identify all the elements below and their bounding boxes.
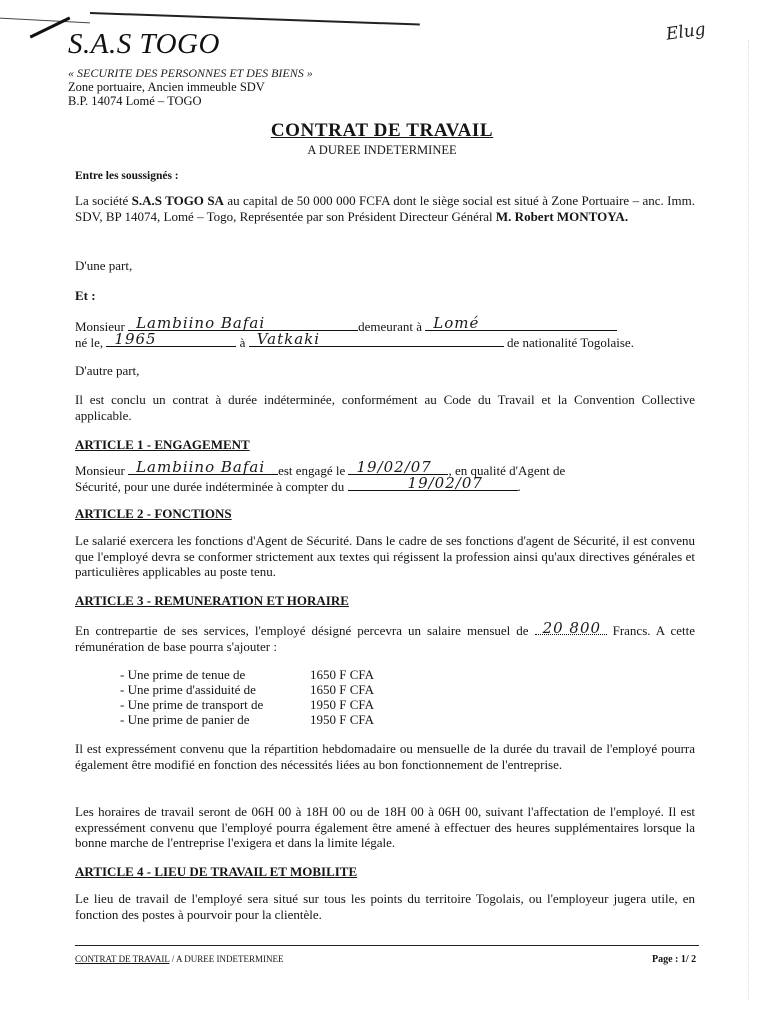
residence-handwritten: Lomé: [433, 314, 479, 332]
article4-body: Le lieu de travail de l'employé sera sit…: [75, 891, 695, 922]
party1-paragraph: La société S.A.S TOGO SA au capital de 5…: [75, 193, 695, 224]
start-date-field: 19/02/07: [348, 476, 518, 491]
party1-text-before: La société: [75, 193, 132, 208]
top-rule: [90, 12, 420, 26]
document-title: CONTRAT DE TRAVAIL: [271, 120, 493, 142]
start-date-handwritten: 19/02/07: [408, 474, 483, 492]
ne-le-label: né le,: [75, 335, 103, 350]
employee-name-field: Lambiino Bafai: [128, 316, 358, 331]
dune-part: D'une part,: [75, 258, 695, 274]
article3-paragraph2: Les horaires de travail seront de 06H 00…: [75, 804, 695, 851]
residence-field: Lomé: [425, 316, 617, 331]
article1-line2-text: Sécurité, pour une durée indéterminée à …: [75, 479, 344, 494]
prime-label-assiduite: - Une prime d'assiduité de: [120, 682, 256, 698]
conclusion-paragraph: Il est conclu un contrat à durée indéter…: [75, 392, 695, 423]
article2-heading: ARTICLE 2 - FONCTIONS: [75, 506, 232, 522]
article3-paragraph1: Il est expressément convenu que la répar…: [75, 741, 695, 772]
salary-handwritten: 20 800: [543, 621, 602, 637]
footer-doc-title: CONTRAT DE TRAVAIL / A DUREE INDETERMINE…: [75, 954, 284, 964]
party1-company: S.A.S TOGO SA: [132, 193, 224, 208]
scan-edge: [748, 40, 749, 1000]
birthplace-handwritten: Vatkaki: [257, 330, 320, 348]
salary-text-before: En contrepartie de ses services, l'emplo…: [75, 623, 529, 638]
prime-label-transport: - Une prime de transport de: [120, 697, 263, 713]
birthplace-field: Vatkaki: [249, 332, 504, 347]
document-title-wrap: CONTRAT DE TRAVAIL: [0, 120, 764, 142]
article1-heading: ARTICLE 1 - ENGAGEMENT: [75, 437, 250, 453]
article2-body: Le salarié exercera les fonctions d'Agen…: [75, 533, 695, 580]
prime-amount-assiduite: 1650 F CFA: [310, 682, 374, 698]
prime-label-panier: - Une prime de panier de: [120, 712, 250, 728]
document-subtitle: A DUREE INDETERMINEE: [0, 143, 764, 158]
birth-year-handwritten: 1965: [114, 330, 156, 348]
footer-doc-title-underlined: CONTRAT DE TRAVAIL: [75, 954, 170, 964]
article1-name-field: Lambiino Bafai: [128, 460, 278, 475]
company-address-line1: Zone portuaire, Ancien immeuble SDV: [68, 80, 265, 95]
et-label: Et :: [75, 288, 695, 304]
party1-representative: M. Robert MONTOYA.: [496, 209, 628, 224]
company-logo-title: S.A.S TOGO: [68, 28, 220, 61]
birth-date-field: 1965: [106, 332, 236, 347]
a-label: à: [240, 335, 246, 350]
intro-label: Entre les soussignés :: [75, 169, 695, 185]
footer-doc-title-rest: / A DUREE INDETERMINEE: [170, 954, 284, 964]
prime-label-tenue: - Une prime de tenue de: [120, 667, 245, 683]
salary-paragraph: En contrepartie de ses services, l'emplo…: [75, 620, 695, 654]
scan-rule-mark: [0, 18, 90, 24]
prime-amount-tenue: 1650 F CFA: [310, 667, 374, 683]
footer-rule: [75, 945, 699, 946]
page-number: Page : 1/ 2: [652, 954, 696, 965]
article1-name-handwritten: Lambiino Bafai: [136, 458, 265, 476]
article1-end-punct: .: [518, 479, 521, 494]
article4-heading: ARTICLE 4 - LIEU DE TRAVAIL ET MOBILITE: [75, 864, 357, 880]
hire-date-field: 19/02/07: [348, 460, 448, 475]
nationality-text: de nationalité Togolaise.: [507, 335, 634, 350]
prime-amount-panier: 1950 F CFA: [310, 712, 374, 728]
article1-line2: Sécurité, pour une durée indéterminée à …: [75, 476, 695, 495]
company-tagline: « SECURITE DES PERSONNES ET DES BIENS »: [68, 66, 313, 81]
dautre-part: D'autre part,: [75, 363, 695, 379]
handwritten-initials: Elug: [665, 19, 707, 44]
salary-field: 20 800: [535, 620, 607, 635]
article3-heading: ARTICLE 3 - REMUNERATION ET HORAIRE: [75, 593, 349, 609]
employee-line2: né le, 1965 à Vatkaki de nationalité Tog…: [75, 332, 695, 351]
prime-amount-transport: 1950 F CFA: [310, 697, 374, 713]
company-address-line2: B.P. 14074 Lomé – TOGO: [68, 94, 202, 109]
